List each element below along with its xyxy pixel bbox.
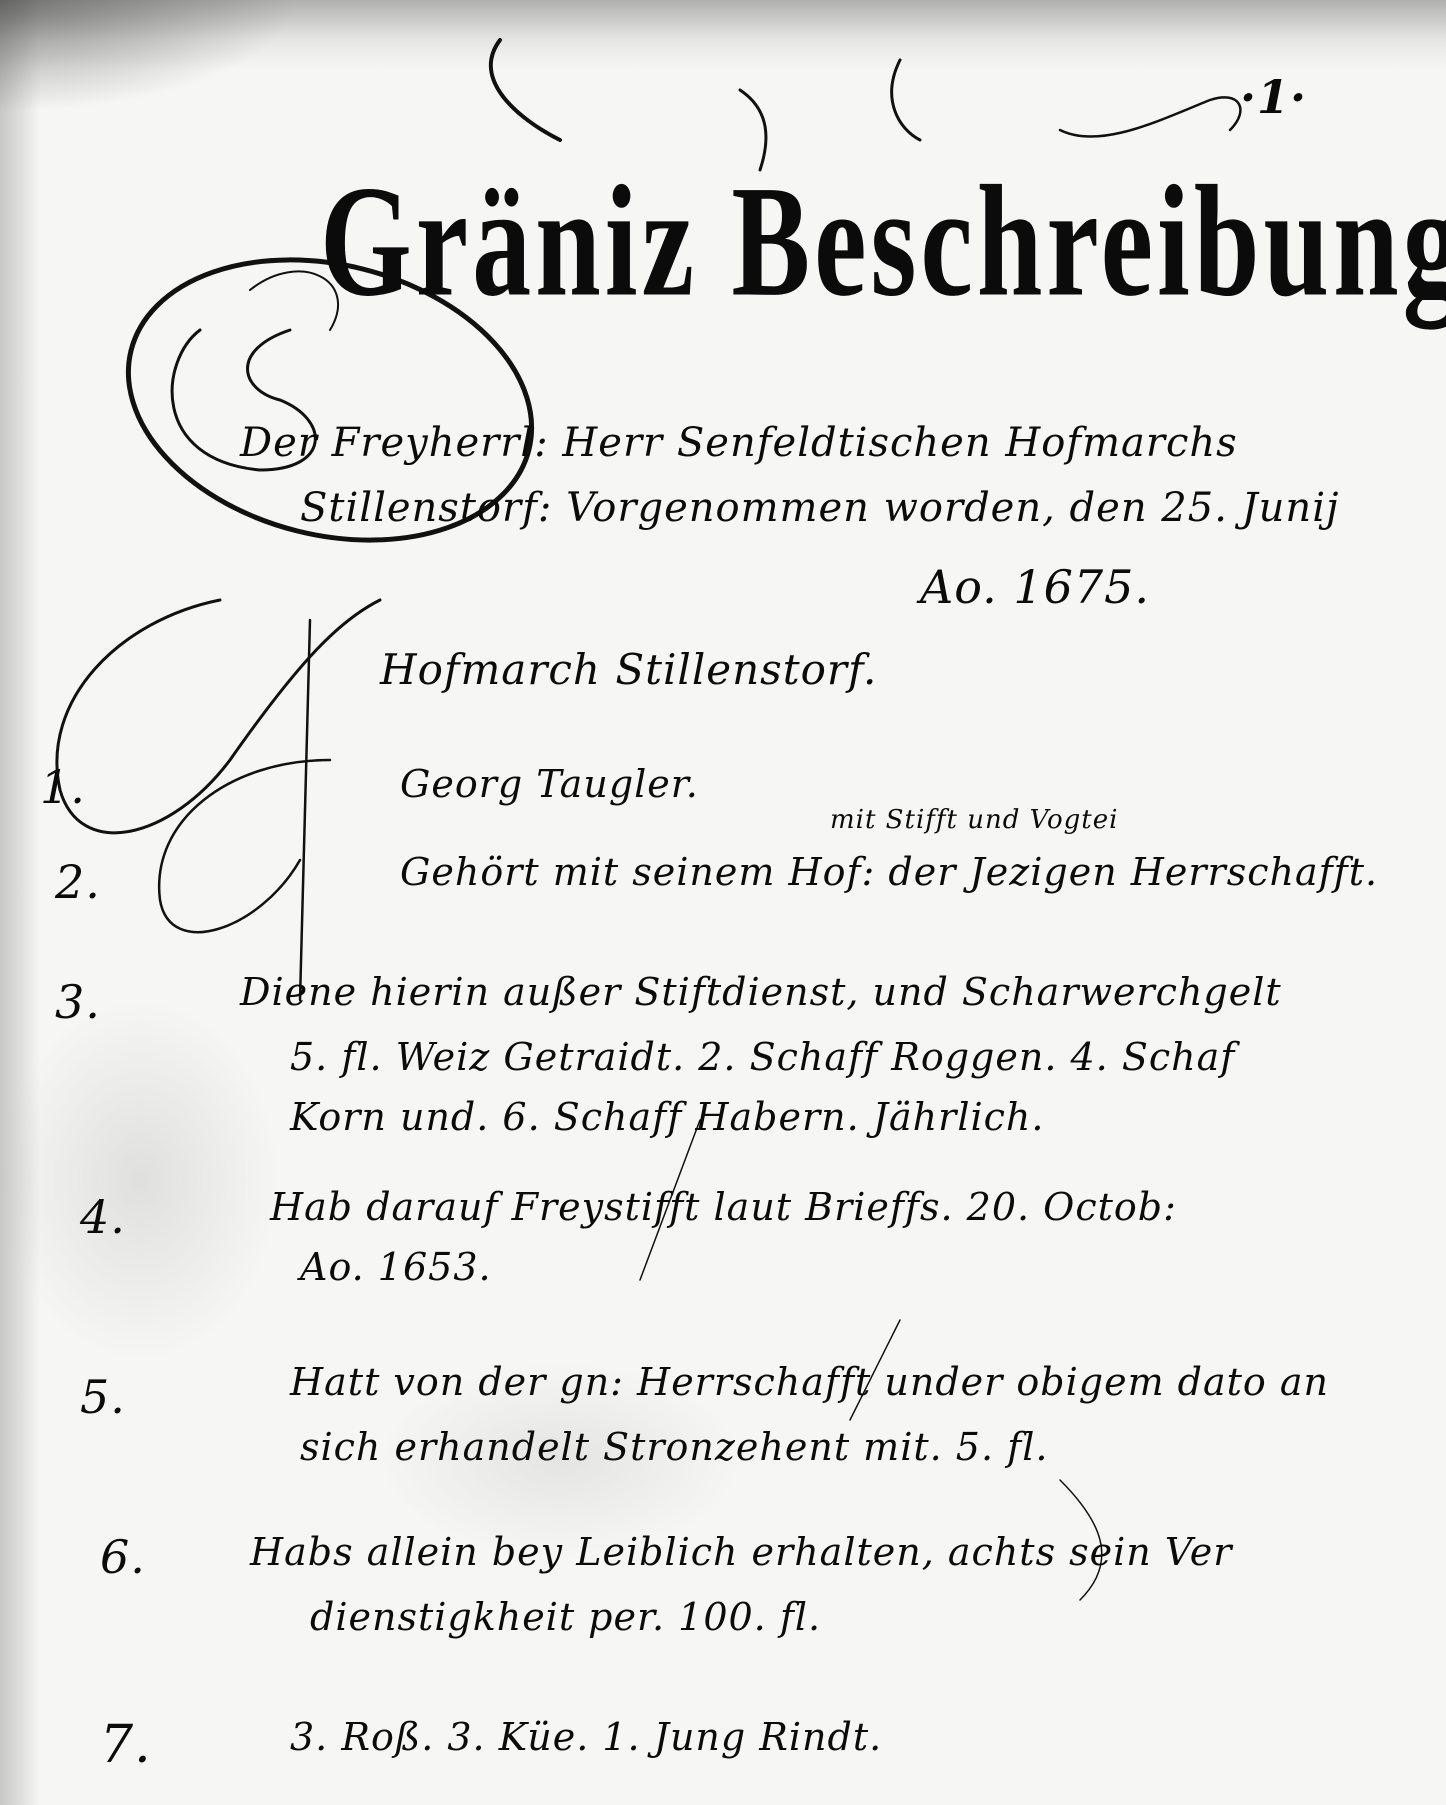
document-title: Gräniz Beschreibung. bbox=[320, 150, 1446, 334]
entry-number: 1. bbox=[40, 760, 86, 814]
entry-text-line: 3. Roß. 3. Küe. 1. Jung Rindt. bbox=[290, 1715, 882, 1759]
entry-text-line: Habs allein bey Leiblich erhalten, achts… bbox=[250, 1530, 1232, 1574]
entry-text-line: Gehört mit seinem Hof: der Jezigen Herrs… bbox=[400, 850, 1378, 894]
entry-number: 3. bbox=[55, 975, 101, 1029]
entry-text-line: Korn und. 6. Schaff Habern. Jährlich. bbox=[290, 1095, 1044, 1139]
entry-text-line: Hatt von der gn: Herrschafft under obige… bbox=[290, 1360, 1329, 1404]
intro-line-2: Stillenstorf: Vorgenommen worden, den 25… bbox=[300, 485, 1339, 531]
entry-text-line: Georg Taugler. bbox=[400, 762, 699, 806]
entry-interlinear-note: mit Stifft und Vogtei bbox=[830, 805, 1118, 835]
intro-date-year: Ao. 1675. bbox=[920, 560, 1150, 614]
entry-number: 4. bbox=[80, 1190, 126, 1244]
entry-text-line: Diene hierin außer Stiftdienst, und Scha… bbox=[240, 970, 1282, 1014]
section-heading: Hofmarch Stillenstorf. bbox=[380, 645, 877, 694]
intro-line-1: Der Freyherrl: Herr Senfeldtischen Hofma… bbox=[240, 420, 1238, 466]
entry-number: 6. bbox=[100, 1530, 146, 1584]
entry-number: 5. bbox=[80, 1370, 126, 1424]
entry-text-line: Hab darauf Freystifft laut Brieffs. 20. … bbox=[270, 1185, 1177, 1229]
entry-number: 7. bbox=[100, 1715, 152, 1775]
entry-text-line: Ao. 1653. bbox=[300, 1245, 492, 1289]
page-number: ·1· bbox=[1240, 70, 1307, 124]
manuscript-page: ·1· Gräniz Beschreibung. Der Freyherrl: … bbox=[0, 0, 1446, 1805]
entry-text-line: dienstigkheit per. 100. fl. bbox=[310, 1595, 821, 1639]
entry-text-line: 5. fl. Weiz Getraidt. 2. Schaff Roggen. … bbox=[290, 1035, 1235, 1079]
entry-number: 2. bbox=[55, 855, 101, 909]
entry-text-line: sich erhandelt Stronzehent mit. 5. fl. bbox=[300, 1425, 1048, 1469]
